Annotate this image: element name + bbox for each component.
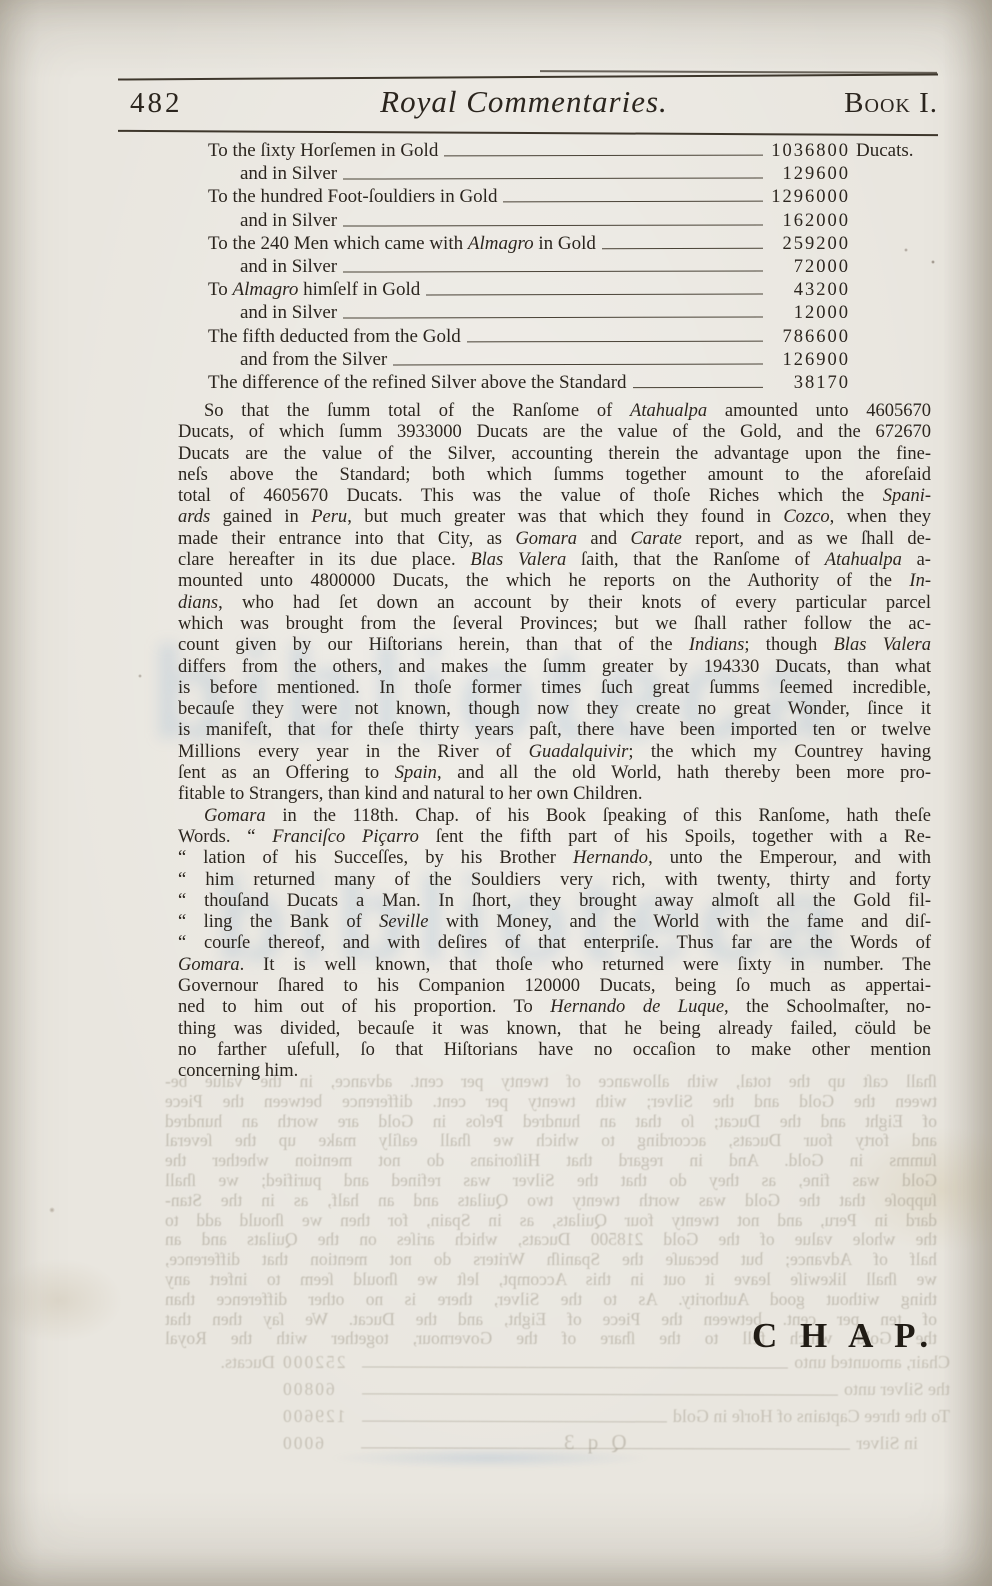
leader-line <box>467 340 763 342</box>
bleedthrough-row-value: 60800 <box>281 1379 359 1400</box>
table-row-label: To Almagro himſelf in Gold <box>208 279 420 301</box>
text-line: differs from the others, and makes the ſ… <box>178 657 931 678</box>
text-line: neſs above the Standard; both which ſumm… <box>178 465 931 486</box>
header-rule-top <box>118 73 938 80</box>
text-line: no farther uſefull, ſo that Hiſtorians h… <box>178 1040 931 1061</box>
table-row: To Almagro himſelf in Gold 43200 <box>208 279 930 302</box>
text-line: which was brought from the ſeveral Provi… <box>178 614 931 635</box>
table-row-label: and in Silver <box>240 302 337 324</box>
table-row-label: The fifth deducted from the Gold <box>208 326 461 348</box>
table-row-label: and from the Silver <box>240 349 387 371</box>
table-row-value: 1296000 <box>766 187 850 208</box>
leader-line <box>503 201 763 203</box>
leader-line <box>343 178 763 180</box>
text-line: dians, who had ſet down an account by th… <box>178 593 931 614</box>
leader-line <box>362 1366 788 1368</box>
chap-heading: C H A P. <box>752 1316 935 1356</box>
leader-line <box>602 248 763 249</box>
bleedthrough-line: thing without good Authority. As to the … <box>165 1290 937 1310</box>
text-line: “ thouſand Ducats a Man. In ſhort, they … <box>178 891 931 912</box>
body-text: So that the ſumm total of the Ranſome of… <box>178 401 931 1083</box>
bleedthrough-text: ſhall caſt up the total, with allowance … <box>165 1072 937 1349</box>
bleedthrough-row-value: 129600 <box>281 1406 359 1427</box>
text-line: “ lation of his Succeſſes, by his Brothe… <box>178 848 931 869</box>
table-row: and in Silver 12000 <box>208 302 930 325</box>
bleedthrough-line: dard in Peru, and not twenty four Quilat… <box>165 1211 937 1231</box>
table-row-value: 38170 <box>766 373 850 394</box>
table-row-label: and in Silver <box>240 210 337 232</box>
table-row: and in Silver 129600 <box>208 163 930 186</box>
paragraph: Gomara in the 118th. Chap. of his Book ſ… <box>178 806 931 1083</box>
text-line: ards gained in Peru, but much greater wa… <box>178 507 931 528</box>
text-line: “ him returned many of the Souldiers ver… <box>178 870 931 891</box>
table-row-value: 162000 <box>766 211 850 232</box>
text-line: mounted unto 4800000 Ducats, the which h… <box>178 571 931 592</box>
running-title: Royal Commentaries. <box>260 84 788 120</box>
bleedthrough-table-row: Chair, amounted unto 252000 Ducats. <box>215 1352 950 1379</box>
table-row-value: 72000 <box>766 257 850 278</box>
book-page: biblioteca biblioteca 482 Royal Commenta… <box>0 0 992 1586</box>
text-line: becauſe they were not known, though now … <box>178 699 931 720</box>
table-row: and from the Silver 126900 <box>208 349 930 372</box>
table-row: and in Silver 162000 <box>208 210 930 233</box>
text-line: Gomara in the 118th. Chap. of his Book ſ… <box>178 806 931 827</box>
leader-line <box>362 1393 838 1395</box>
text-line: “ ling the Bank of Seville with Money, a… <box>178 912 931 933</box>
table-row-value: 1036800 <box>766 141 850 162</box>
leader-line <box>426 294 763 296</box>
bleedthrough-line: half of Advance; but becauſe the Spaniſh… <box>165 1250 937 1270</box>
table-row-value: 786600 <box>766 327 850 348</box>
text-line: thing was divided, becauſe it was known,… <box>178 1019 931 1040</box>
text-line: is manifeſt, that for theſe thirty years… <box>178 720 931 741</box>
bleedthrough-row-label: the Silver unto <box>844 1379 950 1400</box>
table-row-value: 259200 <box>766 234 850 255</box>
text-line: “ courſe thereof, and with deſires of th… <box>178 933 931 954</box>
bleedthrough-line: ſumms in Gold. And in regard that Hiſtor… <box>165 1151 937 1171</box>
text-line: Words. “ Franciſco Piçarro ſent the fift… <box>178 827 931 848</box>
table-row: The fifth deducted from the Gold 786600 <box>208 326 930 349</box>
leader-line <box>362 1421 667 1423</box>
text-line: is before mentioned. In thoſe former tim… <box>178 678 931 699</box>
table-row-label: The difference of the refined Silver abo… <box>208 372 627 394</box>
text-line: fitable to Strangers, than kind and natu… <box>178 784 931 805</box>
bleedthrough-line: Gold was fine, as they do that the Silve… <box>165 1171 937 1191</box>
table-row: To the ſixty Horſemen in Gold 1036800 Du… <box>208 140 930 163</box>
text-line: So that the ſumm total of the Ranſome of… <box>178 401 931 422</box>
bleedthrough-line: tween the Gold and the Silver; with twen… <box>165 1092 937 1112</box>
bleedthrough-line: we ſhall likewiſe leave it out in this A… <box>165 1270 937 1290</box>
table-row: To the 240 Men which came with Almagro i… <box>208 233 930 256</box>
header-rule-bottom <box>118 130 938 136</box>
table-row-label: To the hundred Foot-ſouldiers in Gold <box>208 186 497 208</box>
bleedthrough-line: and forty four Ducats, according to whic… <box>165 1131 937 1151</box>
bleedthrough-table-row: the Silver unto 60800 <box>215 1379 950 1406</box>
ransom-table: To the ſixty Horſemen in Gold 1036800 Du… <box>208 140 930 395</box>
bleedthrough-line: of Eight and the Ducat; ſo that an hundr… <box>165 1112 937 1132</box>
table-row-value: 126900 <box>766 350 850 371</box>
table-row-label: To the ſixty Horſemen in Gold <box>208 140 438 162</box>
bleedthrough-row-suffix: Ducats. <box>215 1352 281 1373</box>
text-line: Gomara. It is well known, that thoſe who… <box>178 955 931 976</box>
table-row: The difference of the refined Silver abo… <box>208 372 930 395</box>
bleedthrough-line: the whole value of the Gold 218500 Ducat… <box>165 1230 937 1250</box>
table-row: and in Silver 72000 <box>208 256 930 279</box>
text-line: total of 4605670 Ducats. This was the va… <box>178 486 931 507</box>
table-row: To the hundred Foot-ſouldiers in Gold 12… <box>208 186 930 209</box>
leader-line <box>633 387 763 388</box>
bleedthrough-row-label: To the three Captains of Horſe in Gold <box>673 1406 950 1427</box>
paragraph: So that the ſumm total of the Ranſome of… <box>178 401 931 806</box>
table-row-value: 12000 <box>766 303 850 324</box>
page-number: 482 <box>118 87 260 120</box>
table-row-label: and in Silver <box>240 256 337 278</box>
bleedthrough-table-row: To the three Captains of Horſe in Gold 1… <box>215 1406 950 1433</box>
table-row-label: and in Silver <box>240 163 337 185</box>
text-line: concerning him. <box>178 1061 931 1082</box>
bleedthrough-line: ſuppoſe that the Gold was worth twenty t… <box>165 1191 937 1211</box>
text-line: Millions every year in the River of Guad… <box>178 742 931 763</box>
bleedthrough-row-value: 6000 <box>281 1433 359 1454</box>
leader-line <box>444 155 763 157</box>
text-line: Ducats, of which ſumm 3933000 Ducats are… <box>178 422 931 443</box>
header-rule-top-secondary <box>540 70 937 74</box>
text-line: Ducats are the value of the Silver, acco… <box>178 444 931 465</box>
leader-line <box>393 363 763 365</box>
bleedthrough-row-value: 252000 <box>281 1352 359 1373</box>
text-line: clare hereafter in its due place. Blas V… <box>178 550 931 571</box>
table-row-suffix: Ducats. <box>850 140 930 162</box>
table-row-value: 43200 <box>766 280 850 301</box>
table-row-value: 129600 <box>766 164 850 185</box>
text-line: count given by our Hiſtorians herein, th… <box>178 635 931 656</box>
text-line: ſent as an Offering to Spain, and all th… <box>178 763 931 784</box>
text-line: ned to him out of his proportion. To Her… <box>178 997 931 1018</box>
bleedthrough-row-label: in Silver <box>857 1433 919 1454</box>
leader-line <box>343 224 763 226</box>
bleedthrough-catchword: Q q 3 <box>560 1430 627 1455</box>
page-header: 482 Royal Commentaries. Book I. <box>118 84 938 120</box>
leader-line <box>343 317 763 319</box>
book-label: Book I. <box>788 87 938 120</box>
text-line: Governour ſhared to his Companion 120000… <box>178 976 931 997</box>
leader-line <box>343 270 763 272</box>
table-row-label: To the 240 Men which came with Almagro i… <box>208 233 596 255</box>
text-line: made their entrance into that City, as G… <box>178 529 931 550</box>
